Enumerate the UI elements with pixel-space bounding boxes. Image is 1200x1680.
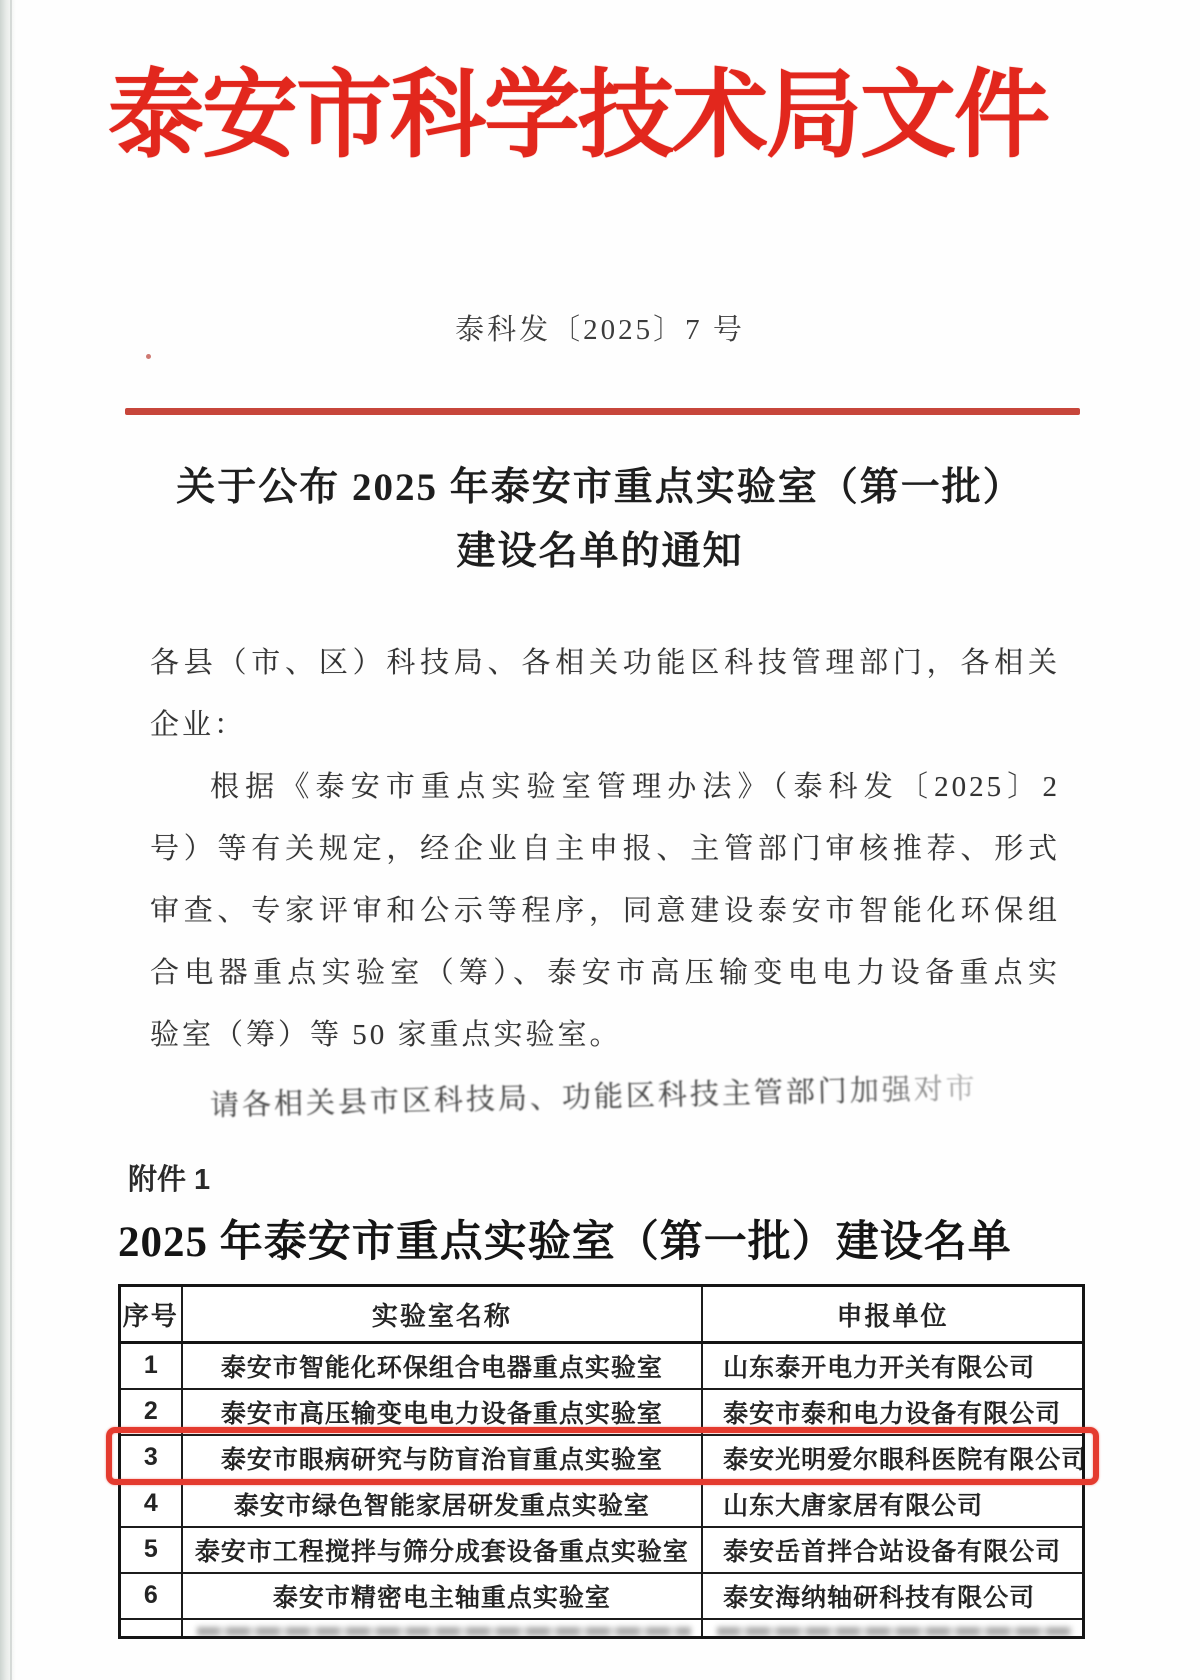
scan-speck bbox=[146, 354, 151, 359]
lab-table: 序号 实验室名称 申报单位 1 泰安市智能化环保组合电器重点实验室 山东泰开电力… bbox=[118, 1284, 1085, 1639]
lab-name-cell: 泰安市眼病研究与防盲治盲重点实验室 bbox=[182, 1435, 703, 1481]
table-title: 2025 年泰安市重点实验室（第一批）建设名单 bbox=[118, 1218, 1200, 1268]
table-row: 4 泰安市绿色智能家居研发重点实验室 山东大唐家居有限公司 bbox=[120, 1481, 1084, 1527]
doc-number: 泰科发〔2025〕7 号 bbox=[0, 310, 1200, 350]
blurred-text-streak bbox=[197, 1627, 692, 1636]
attachment-label: 附件 1 bbox=[128, 1162, 1200, 1198]
org-name-cell: 泰安光明爱尔眼科医院有限公司 bbox=[702, 1435, 1083, 1481]
lab-name-cell: 泰安市精密电主轴重点实验室 bbox=[182, 1573, 703, 1619]
org-name-cell: 泰安岳首拌合站设备有限公司 bbox=[702, 1527, 1083, 1573]
row-no-cell: 1 bbox=[120, 1343, 182, 1389]
body-line: 验室（筹）等 50 家重点实验室。 bbox=[150, 1004, 1060, 1066]
notice-body: 各县（市、区）科技局、各相关功能区科技管理部门，各相关 企业： 根据《泰安市重点… bbox=[0, 632, 1200, 1136]
table-header-row: 序号 实验室名称 申报单位 bbox=[120, 1286, 1084, 1343]
lab-name-cell: 泰安市绿色智能家居研发重点实验室 bbox=[182, 1481, 703, 1527]
lab-name-cell bbox=[182, 1619, 703, 1638]
blurred-text-streak bbox=[717, 1627, 1072, 1636]
table-row-highlighted: 3 泰安市眼病研究与防盲治盲重点实验室 泰安光明爱尔眼科医院有限公司 bbox=[120, 1435, 1084, 1481]
org-name-cell: 泰安市泰和电力设备有限公司 bbox=[702, 1389, 1083, 1435]
notice-title-line-2: 建设名单的通知 bbox=[0, 520, 1200, 584]
cutoff-line: 请各相关县市区科技局、功能区科技主管部门加强对市 bbox=[149, 1056, 1060, 1139]
table-row: 6 泰安市精密电主轴重点实验室 泰安海纳轴研科技有限公司 bbox=[120, 1573, 1084, 1619]
lab-name-cell: 泰安市高压输变电电力设备重点实验室 bbox=[182, 1389, 703, 1435]
lab-name-cell: 泰安市工程搅拌与筛分成套设备重点实验室 bbox=[182, 1527, 703, 1573]
page-edge-line bbox=[10, 0, 12, 1680]
body-line: 审查、专家评审和公示等程序，同意建设泰安市智能化环保组 bbox=[150, 880, 1060, 942]
body-line: 根据《泰安市重点实验室管理办法》（泰科发〔2025〕2 bbox=[150, 756, 1060, 818]
body-line: 号）等有关规定，经企业自主申报、主管部门审核推荐、形式 bbox=[150, 818, 1060, 880]
agency-header: 泰安市科学技术局文件 bbox=[0, 46, 1178, 186]
row-no-cell: 4 bbox=[120, 1481, 182, 1527]
row-no-cell bbox=[120, 1619, 182, 1638]
org-name-cell bbox=[702, 1619, 1083, 1638]
salutation-line-2: 企业： bbox=[150, 694, 1060, 756]
red-divider-line bbox=[125, 408, 1080, 415]
col-header-no: 序号 bbox=[120, 1286, 182, 1343]
org-name-cell: 山东大唐家居有限公司 bbox=[702, 1481, 1083, 1527]
notice-title-line-1: 关于公布 2025 年泰安市重点实验室（第一批） bbox=[0, 456, 1200, 520]
lab-table-wrap: 序号 实验室名称 申报单位 1 泰安市智能化环保组合电器重点实验室 山东泰开电力… bbox=[118, 1284, 1085, 1639]
col-header-org: 申报单位 bbox=[702, 1286, 1083, 1343]
col-header-lab: 实验室名称 bbox=[182, 1286, 703, 1343]
table-row: 2 泰安市高压输变电电力设备重点实验室 泰安市泰和电力设备有限公司 bbox=[120, 1389, 1084, 1435]
lab-name-cell: 泰安市智能化环保组合电器重点实验室 bbox=[182, 1343, 703, 1389]
row-no-cell: 6 bbox=[120, 1573, 182, 1619]
table-row-partial bbox=[120, 1619, 1084, 1638]
row-no-cell: 2 bbox=[120, 1389, 182, 1435]
salutation-line-1: 各县（市、区）科技局、各相关功能区科技管理部门，各相关 bbox=[150, 632, 1060, 694]
org-name-cell: 山东泰开电力开关有限公司 bbox=[702, 1343, 1083, 1389]
row-no-cell: 5 bbox=[120, 1527, 182, 1573]
org-name-cell: 泰安海纳轴研科技有限公司 bbox=[702, 1573, 1083, 1619]
table-row: 1 泰安市智能化环保组合电器重点实验室 山东泰开电力开关有限公司 bbox=[120, 1343, 1084, 1389]
table-row: 5 泰安市工程搅拌与筛分成套设备重点实验室 泰安岳首拌合站设备有限公司 bbox=[120, 1527, 1084, 1573]
document-page: 泰安市科学技术局文件 泰科发〔2025〕7 号 关于公布 2025 年泰安市重点… bbox=[0, 0, 1200, 1680]
page-edge-shadow bbox=[0, 0, 16, 1680]
body-line: 合电器重点实验室（筹）、泰安市高压输变电电力设备重点实 bbox=[150, 942, 1060, 1004]
notice-title: 关于公布 2025 年泰安市重点实验室（第一批） 建设名单的通知 bbox=[0, 456, 1200, 584]
row-no-cell: 3 bbox=[120, 1435, 182, 1481]
